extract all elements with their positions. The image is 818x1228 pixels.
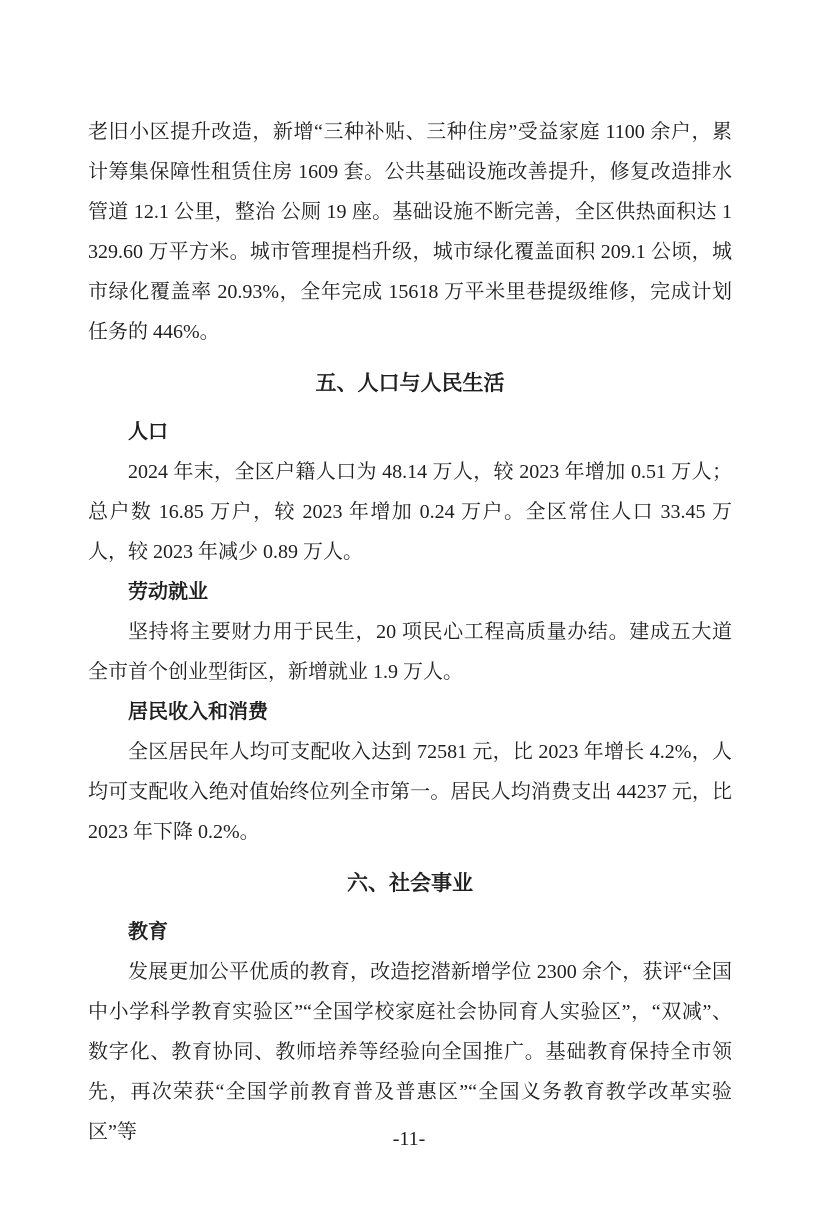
- section-heading-population-and-life: 五、人口与人民生活: [88, 364, 732, 404]
- body-paragraph-population: 2024 年末，全区户籍人口为 48.14 万人，较 2023 年增加 0.51…: [88, 452, 732, 572]
- body-paragraph-urban-renewal: 老旧小区提升改造，新增“三种补贴、三种住房”受益家庭 1100 余户，累计筹集保…: [88, 112, 732, 352]
- subheading-employment: 劳动就业: [88, 572, 732, 612]
- subheading-education: 教育: [88, 912, 732, 952]
- body-paragraph-education: 发展更加公平优质的教育，改造挖潜新增学位 2300 余个，获评“全国中小学科学教…: [88, 952, 732, 1152]
- body-paragraph-employment: 坚持将主要财力用于民生，20 项民心工程高质量办结。建成五大道全市首个创业型街区…: [88, 612, 732, 692]
- document-page: 老旧小区提升改造，新增“三种补贴、三种住房”受益家庭 1100 余户，累计筹集保…: [0, 0, 818, 1228]
- subheading-income-and-consumption: 居民收入和消费: [88, 692, 732, 732]
- body-paragraph-income-and-consumption: 全区居民年人均可支配收入达到 72581 元，比 2023 年增长 4.2%，人…: [88, 732, 732, 852]
- page-number: -11-: [0, 1128, 818, 1150]
- section-heading-social-undertakings: 六、社会事业: [88, 864, 732, 904]
- subheading-population: 人口: [88, 412, 732, 452]
